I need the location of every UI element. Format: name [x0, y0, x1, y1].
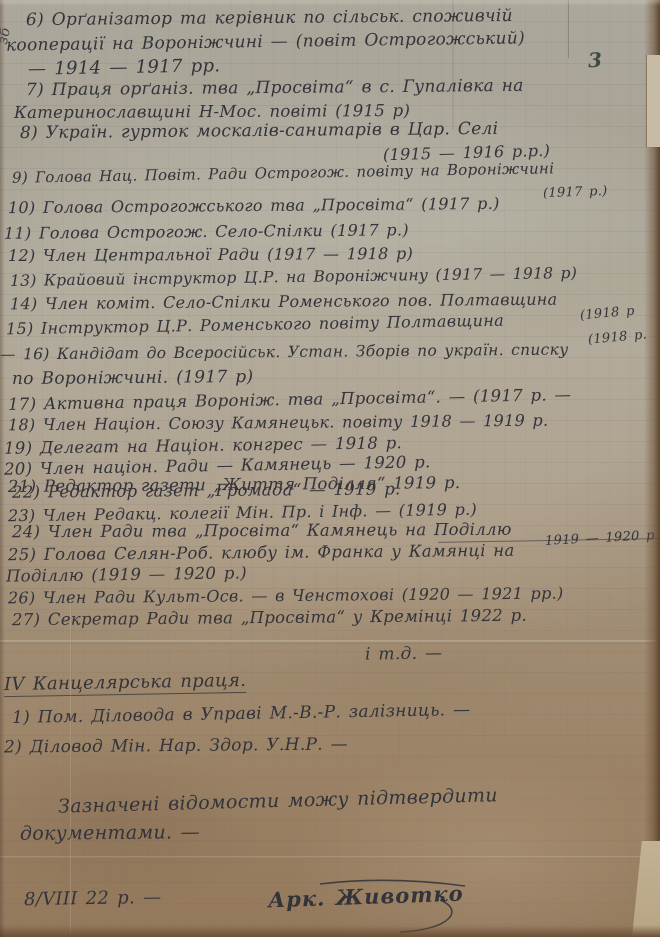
page-number: 3	[587, 48, 602, 73]
cv-item-9-line-1: 9) Голова Нац. Повіт. Ради Острогож. пов…	[12, 159, 555, 186]
top-page-seam	[568, 0, 569, 58]
section-iv-title: IV Канцелярська праця.	[4, 670, 247, 697]
vertical-crease-top	[452, 0, 454, 130]
cv-item-14: 14) Член коміт. Село-Спілки Роменського …	[10, 290, 558, 314]
cv-item-12: 12) Член Центральної Ради (1917 — 1918 р…	[8, 244, 413, 265]
cv-item-25-line-2: Поділлю (1919 — 1920 р.)	[6, 563, 247, 585]
cv-item-8-line-1: 8) Україн. гурток москалів-санитарів в Ц…	[20, 119, 499, 143]
cv-item-16-line-2: по Вороніжчині. (1917 р)	[12, 367, 254, 389]
cv-item-6-years: — 1914 — 1917 рр.	[28, 55, 221, 79]
horizontal-fold-upper	[0, 640, 660, 644]
cv-item-6-line-1: 6) Орґанізатор та керівник по сільськ. с…	[26, 6, 513, 30]
cv-item-11: 11) Голова Острогож. Село-Спілки (1917 р…	[4, 220, 409, 243]
etc-line: і т.д. —	[365, 643, 443, 664]
cv-item-10: 10) Голова Острогожського тва „Просвіта“…	[8, 194, 500, 217]
bottom-edge-shadow	[0, 925, 660, 937]
cv-item-6-line-2: кооперації на Вороніжчині — (повіт Остро…	[6, 28, 525, 55]
closing-line-2: документами. —	[20, 821, 200, 845]
cv-item-27: 27) Секретар Ради тва „Просвіта“ у Кремі…	[12, 606, 527, 629]
date-line: 8/VIII 22 р. —	[24, 887, 162, 910]
cv-item-26: 26) Член Ради Культ-Осв. — в Ченстохові …	[8, 584, 564, 608]
vertical-crease-left	[70, 600, 72, 937]
top-edge-highlight	[0, 0, 660, 6]
torn-fragment-top-right	[646, 55, 660, 147]
cv-item-25-line-1: 25) Голова Селян-Роб. клюбу ім. Франка у…	[8, 541, 515, 564]
cv-item-24: 24) Член Ради тва „Просвіта“ Камянець на…	[12, 520, 512, 542]
section-iv-item-1: 1) Пом. Діловода в Управі М.-В.-Р. заліз…	[12, 700, 471, 728]
cv-item-7-line-2: Катеринославщині Н-Мос. повіті (1915 р)	[14, 101, 410, 122]
cv-item-17: 17) Активна праця Вороніж. тва „Просвіта…	[8, 385, 572, 414]
left-edge-shadow	[0, 0, 5, 937]
cv-item-9-years: (1917 р.)	[543, 184, 608, 201]
cv-item-7-line-1: 7) Праця орґаніз. тва „Просвіта“ в с. Гу…	[26, 76, 524, 100]
closing-line-1: Зазначені відомости можу підтвердити	[58, 784, 498, 818]
cv-item-16-line-1: — 16) Кандідат до Всеросійськ. Устан. Зб…	[0, 341, 569, 364]
cv-item-15-years: (1918 р.	[587, 327, 647, 347]
cv-item-14-years: (1918 р	[579, 304, 635, 324]
cv-item-13: 13) Крайовий інструктор Ц.Р. на Вороніжч…	[10, 264, 577, 290]
manuscript-page: 3 зб 6) Орґанізатор та керівник по сільс…	[0, 0, 660, 937]
cv-item-18: 18) Член Націон. Союзу Камянецьк. повіту…	[8, 411, 548, 435]
cv-item-25-years: 1919 — 1920 р	[545, 528, 655, 549]
cv-item-22: 22) Редактор газет „Громада“ — 1919 р.	[12, 479, 401, 501]
horizontal-fold-lower	[0, 856, 660, 859]
section-iv-item-2: 2) Діловод Мін. Нар. Здор. У.Н.Р. —	[4, 734, 348, 757]
cv-item-15: 15) Інструктор Ц.Р. Роменського повіту П…	[6, 311, 504, 339]
